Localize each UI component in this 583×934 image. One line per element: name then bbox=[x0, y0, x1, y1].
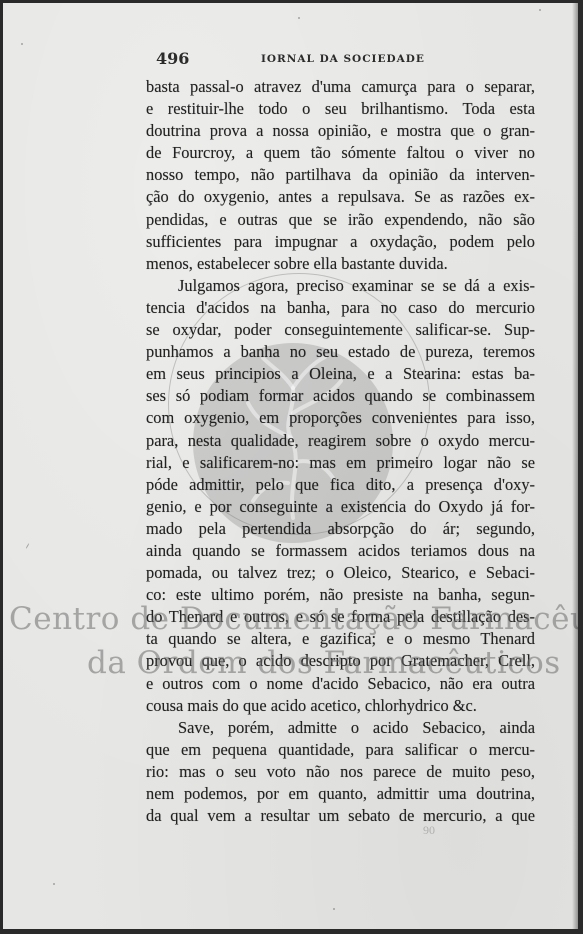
text-line: nem podemos, por em quanto, admittir uma… bbox=[146, 783, 535, 805]
paragraph-3: Save, porém, admitte o acido Sebacico, a… bbox=[146, 717, 535, 827]
text-line: provou que, o acido descripto por Gratem… bbox=[146, 650, 535, 672]
body-text: basta passal-o atravez d'uma camurça par… bbox=[146, 76, 535, 827]
text-line: sufficientes para impugnar a oxydação, p… bbox=[146, 231, 535, 253]
text-line: nosso tempo, não partilhava da opinião d… bbox=[146, 164, 535, 186]
text-line: genio, e por conseguinte a existencia do… bbox=[146, 496, 535, 518]
text-line: pendidas, e outras que se irão expendend… bbox=[146, 209, 535, 231]
text-line: da qual vem a resultar um sebato de merc… bbox=[146, 805, 535, 827]
text-line: do Thenard e outros, e só se forma pela … bbox=[146, 606, 535, 628]
text-line: póde admittir, pelo que fica dito, a pre… bbox=[146, 474, 535, 496]
text-line: com oxygenio, em proporções convenientes… bbox=[146, 407, 535, 429]
text-line: mado pela pertendida absorpção do ár; se… bbox=[146, 518, 535, 540]
text-line: se oxydar, poder conseguintemente salifi… bbox=[146, 319, 535, 341]
scanned-page: 496 IORNAL DA SOCIEDADE basta passal-o a… bbox=[3, 3, 578, 929]
text-line: cousa mais do que acido acetico, chlorhy… bbox=[146, 695, 535, 717]
text-line: ainda quando se formassem acidos teriamo… bbox=[146, 540, 535, 562]
page-header: 496 IORNAL DA SOCIEDADE bbox=[153, 49, 533, 71]
text-line: Julgamos agora, preciso examinar se se d… bbox=[146, 275, 535, 297]
text-line: de Fourcroy, a quem tão sómente faltou o… bbox=[146, 142, 535, 164]
text-line: menos, estabelecer sobre ella bastante d… bbox=[146, 253, 535, 275]
text-line: ta quando se altera, e gazifica; e o mes… bbox=[146, 628, 535, 650]
text-line: basta passal-o atravez d'uma camurça par… bbox=[146, 76, 535, 98]
page-edge-shadow bbox=[572, 3, 578, 929]
text-line: em seus principios a Oleina, e a Stearin… bbox=[146, 363, 535, 385]
footer-signature-mark: 90 bbox=[423, 823, 435, 838]
paragraph-2: Julgamos agora, preciso examinar se se d… bbox=[146, 275, 535, 717]
text-line: rio: mas o seu voto não nos parece de mu… bbox=[146, 761, 535, 783]
paragraph-1: basta passal-o atravez d'uma camurça par… bbox=[146, 76, 535, 275]
text-line: ses só podiam formar acidos quando se co… bbox=[146, 385, 535, 407]
text-line: doutrina prova a nossa opinião, e mostra… bbox=[146, 120, 535, 142]
text-line: Save, porém, admitte o acido Sebacico, a… bbox=[146, 717, 535, 739]
text-line: que em pequena quantidade, para salifica… bbox=[146, 739, 535, 761]
text-line: rial, e salificarem-no: mas em primeiro … bbox=[146, 452, 535, 474]
text-line: tencia d'acidos na banha, para no caso d… bbox=[146, 297, 535, 319]
text-line: co: este ultimo porém, não presiste na b… bbox=[146, 584, 535, 606]
text-line: pomada, ou talvez trez; o Oleico, Steari… bbox=[146, 562, 535, 584]
text-line: e outros com o nome d'acido Sebacico, nã… bbox=[146, 673, 535, 695]
page-number: 496 bbox=[156, 49, 189, 68]
running-head: IORNAL DA SOCIEDADE bbox=[261, 53, 425, 65]
text-line: para, nesta qualidade, reagirem sobre o … bbox=[146, 430, 535, 452]
text-line: e restituir-lhe todo o seu brilhantismo.… bbox=[146, 98, 535, 120]
text-line: ção do oxygenio, antes a repulsava. Se a… bbox=[146, 186, 535, 208]
text-line: punhamos a banha no seu estado de pureza… bbox=[146, 341, 535, 363]
